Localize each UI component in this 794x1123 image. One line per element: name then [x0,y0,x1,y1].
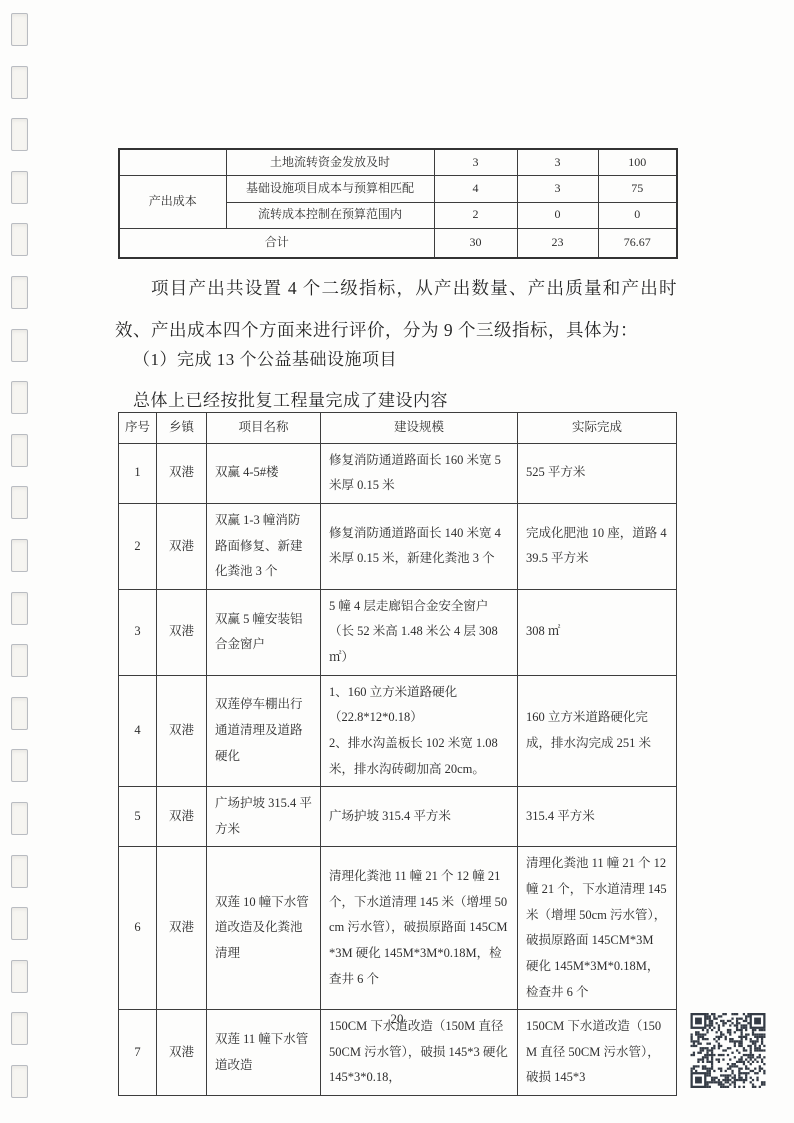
cell-actual: 3 [517,175,598,202]
cell-actual: 525 平方米 [518,443,677,503]
cell-actual: 完成化肥池 10 座，道路 439.5 平方米 [518,503,677,589]
cell-project-name: 双赢 5 幢安装铝合金窗户 [207,589,321,675]
binding-holes [0,0,40,1123]
binding-hole [11,539,28,572]
cell-actual: 23 [517,228,598,258]
binding-hole [11,749,28,782]
cell-no: 2 [119,503,157,589]
cell-indicator: 土地流转资金发放及时 [226,149,434,175]
cell-rate: 100 [598,149,677,175]
cell-town: 双港 [157,589,207,675]
cell-no: 1 [119,443,157,503]
table-row: 6 双港 双莲 10 幢下水管道改造及化粪池清理 清理化粪池 11 幢 21 个… [119,847,677,1010]
binding-hole [11,118,28,151]
cell-actual: 3 [517,149,598,175]
table-row: 4 双港 双莲停车棚出行通道清理及道路硬化 1、160 立方米道路硬化 （22.… [119,675,677,787]
cell-score: 3 [434,149,517,175]
header-project-name: 项目名称 [207,413,321,444]
cell-score: 2 [434,202,517,228]
cell-no: 3 [119,589,157,675]
binding-hole [11,644,28,677]
binding-hole [11,697,28,730]
cell-rate: 76.67 [598,228,677,258]
header-scale: 建设规模 [321,413,518,444]
cell-town: 双港 [157,675,207,787]
binding-hole [11,13,28,46]
cell-scale: 广场护坡 315.4 平方米 [321,787,518,847]
table-row: 1 双港 双赢 4-5#楼 修复消防通道路面长 160 米宽 5 米厚 0.15… [119,443,677,503]
table-row: 土地流转资金发放及时 3 3 100 [119,149,677,175]
binding-hole [11,1012,28,1045]
binding-hole [11,855,28,888]
cell-project-name: 广场护坡 315.4 平方米 [207,787,321,847]
cell-total-label: 合计 [119,228,434,258]
cell-scale: 修复消防通道路面长 160 米宽 5 米厚 0.15 米 [321,443,518,503]
cell-rate: 0 [598,202,677,228]
cell-indicator: 基础设施项目成本与预算相匹配 [226,175,434,202]
cell-scale: 清理化粪池 11 幢 21 个 12 幢 21 个，下水道清理 145 米（增埋… [321,847,518,1010]
binding-hole [11,486,28,519]
cell-town: 双港 [157,503,207,589]
binding-hole [11,223,28,256]
cell-project-name: 双莲 10 幢下水管道改造及化粪池清理 [207,847,321,1010]
header-actual: 实际完成 [518,413,677,444]
cell-town: 双港 [157,787,207,847]
projects-table: 序号 乡镇 项目名称 建设规模 实际完成 1 双港 双赢 4-5#楼 修复消防通… [118,412,677,1096]
cell-actual: 308 ㎡ [518,589,677,675]
binding-hole [11,66,28,99]
cell-project-name: 双莲停车棚出行通道清理及道路硬化 [207,675,321,787]
binding-hole [11,171,28,204]
cell-scale: 修复消防通道路面长 140 米宽 4 米厚 0.15 米，新建化粪池 3 个 [321,503,518,589]
cell-no: 5 [119,787,157,847]
heading-item-1: （1）完成 13 个公益基础设施项目 [133,345,678,370]
output-cost-table: 土地流转资金发放及时 3 3 100 产出成本 基础设施项目成本与预算相匹配 4… [118,148,678,259]
header-no: 序号 [119,413,157,444]
binding-hole [11,381,28,414]
binding-hole [11,276,28,309]
binding-hole [11,592,28,625]
cell-scale: 5 幢 4 层走廊铝合金安全窗户（长 52 米高 1.48 米公 4 层 308… [321,589,518,675]
subheading-completion: 总体上已经按批复工程量完成了建设内容 [133,386,678,411]
cell-project-name: 双赢 1-3 幢消防路面修复、新建化粪池 3 个 [207,503,321,589]
table-row: 产出成本 基础设施项目成本与预算相匹配 4 3 75 [119,175,677,202]
cell-actual: 160 立方米道路硬化完成，排水沟完成 251 米 [518,675,677,787]
cell-rate: 75 [598,175,677,202]
binding-hole [11,434,28,467]
table-row: 2 双港 双赢 1-3 幢消防路面修复、新建化粪池 3 个 修复消防通道路面长 … [119,503,677,589]
cell-no: 6 [119,847,157,1010]
cell-score: 4 [434,175,517,202]
binding-hole [11,329,28,362]
page-number: 20 [118,1011,676,1027]
cell-town: 双港 [157,847,207,1010]
binding-hole [11,960,28,993]
cell-indicator: 流转成本控制在预算范围内 [226,202,434,228]
cell-score: 30 [434,228,517,258]
cell-actual: 清理化粪池 11 幢 21 个 12 幢 21 个，下水道清理 145 米（增埋… [518,847,677,1010]
binding-hole [11,802,28,835]
header-town: 乡镇 [157,413,207,444]
cell-town: 双港 [157,443,207,503]
binding-hole [11,907,28,940]
cell-scale: 1、160 立方米道路硬化 （22.8*12*0.18） 2、排水沟盖板长 10… [321,675,518,787]
binding-hole [11,1065,28,1098]
table-header-row: 序号 乡镇 项目名称 建设规模 实际完成 [119,413,677,444]
cell-no: 4 [119,675,157,787]
table-row: 5 双港 广场护坡 315.4 平方米 广场护坡 315.4 平方米 315.4… [119,787,677,847]
document-page: 土地流转资金发放及时 3 3 100 产出成本 基础设施项目成本与预算相匹配 4… [0,0,794,1123]
cell-actual: 315.4 平方米 [518,787,677,847]
paragraph-output-indicators: 项目产出共设置 4 个二级指标，从产出数量、产出质量和产出时效、产出成本四个方面… [115,267,677,351]
qr-code [690,1013,766,1088]
cell-project-name: 双赢 4-5#楼 [207,443,321,503]
table-row-total: 合计 30 23 76.67 [119,228,677,258]
table-row: 3 双港 双赢 5 幢安装铝合金窗户 5 幢 4 层走廊铝合金安全窗户（长 52… [119,589,677,675]
cell-actual: 0 [517,202,598,228]
cell-empty [119,149,226,175]
cell-category: 产出成本 [119,175,226,228]
